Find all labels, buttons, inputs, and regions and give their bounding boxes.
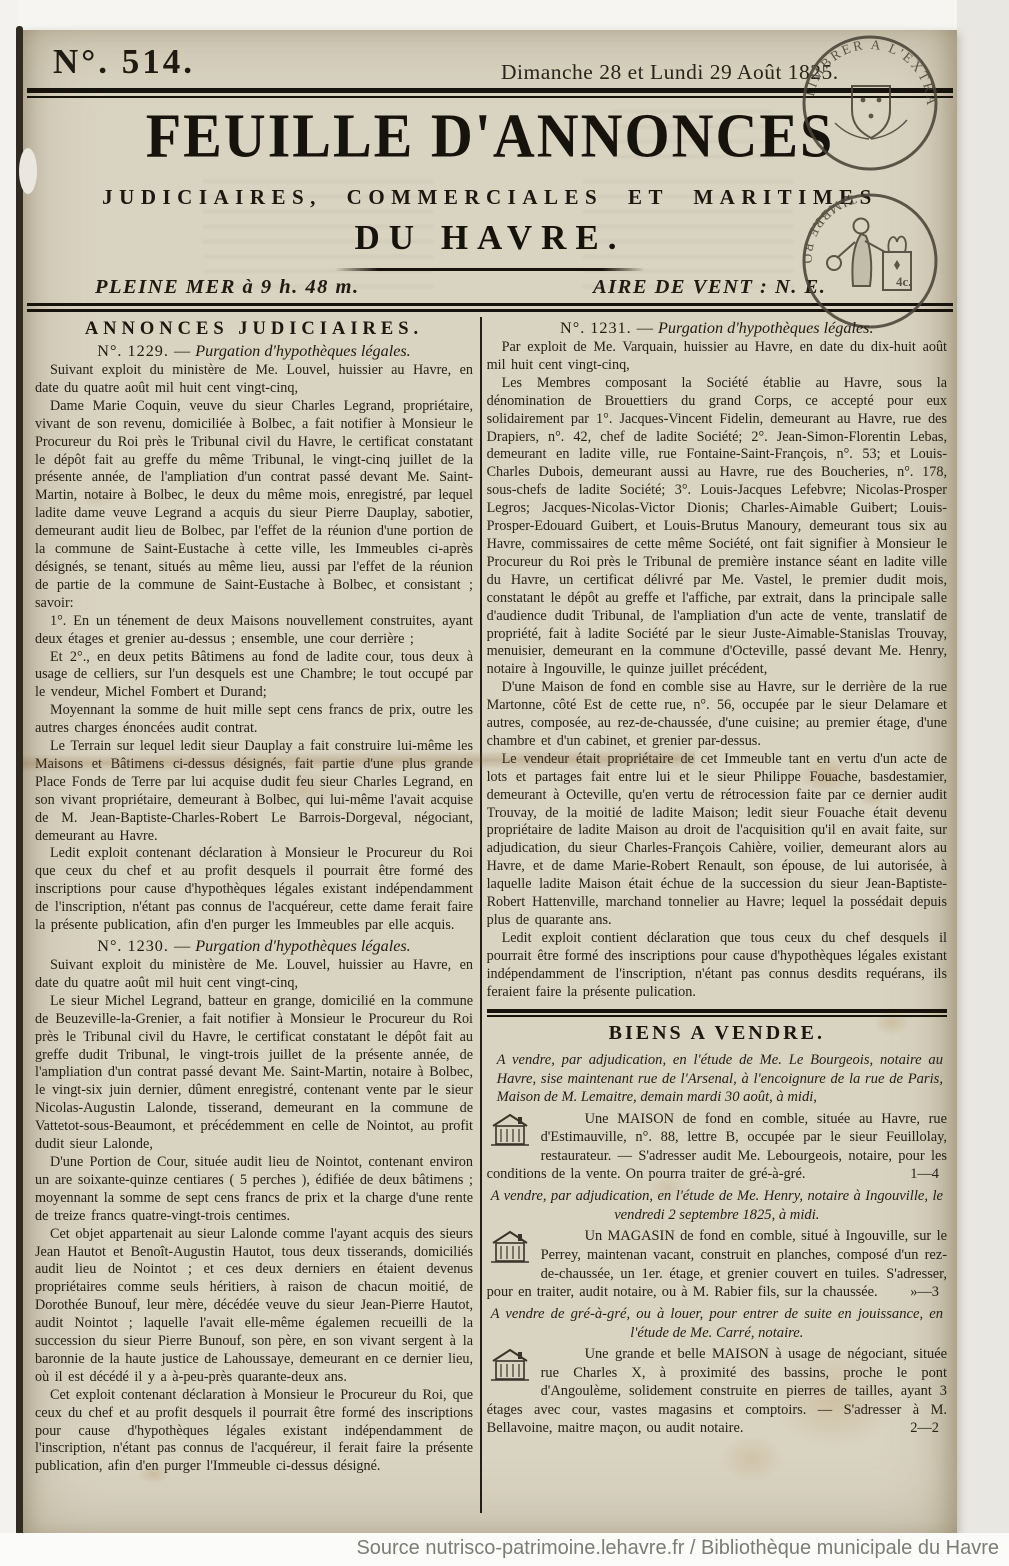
article-number: N°. 1231. — bbox=[560, 319, 654, 337]
paragraph: Cet exploit contenant déclaration à Mons… bbox=[35, 1387, 473, 1477]
paragraph: Ledit exploit contient déclaration que t… bbox=[487, 930, 947, 1002]
issue-number: N°. 514. bbox=[53, 42, 195, 82]
section-separator-rule bbox=[487, 1009, 947, 1018]
tide-info: PLEINE MER à 9 h. 48 m. bbox=[95, 276, 360, 299]
article-columns: ANNONCES JUDICIAIRES. N°. 1229. — Purgat… bbox=[35, 317, 947, 1513]
paragraph: D'une Portion de Cour, située audit lieu… bbox=[35, 1154, 473, 1226]
paragraph: Dame Marie Coquin, veuve du sieur Charle… bbox=[35, 398, 473, 613]
paragraph: Par exploit de Me. Varquain, huissier au… bbox=[487, 339, 947, 375]
tapered-rule bbox=[335, 268, 645, 271]
wind-info: AIRE DE VENT : N. E. bbox=[593, 276, 826, 299]
svg-text:TIMBRER A L'EXTRAORD.: TIMBRER A L'EXTRAORD. bbox=[795, 28, 939, 108]
article-title: Purgation d'hypothèques légales. bbox=[195, 937, 411, 955]
scan-background-right bbox=[957, 0, 1009, 1566]
paragraph: Ledit exploit contenant déclaration à Mo… bbox=[35, 845, 473, 935]
sale-notice-intro: A vendre, par adjudication, en l'étude d… bbox=[487, 1187, 947, 1224]
paragraph: Moyennant la somme de huit mille sept ce… bbox=[35, 702, 473, 738]
paragraph: 1°. En un ténement de deux Maisons nouve… bbox=[35, 613, 473, 649]
svg-text:4c.: 4c. bbox=[896, 274, 912, 289]
svg-text:TIMBRE ROYAL.: TIMBRE ROYAL. bbox=[795, 186, 858, 266]
paragraph: Suivant exploit du ministère de Me. Louv… bbox=[35, 957, 473, 993]
house-icon bbox=[487, 1347, 533, 1383]
stamp-figure-head bbox=[854, 219, 869, 234]
sale-notice-intro: A vendre, par adjudication, en l'étude d… bbox=[487, 1051, 947, 1107]
paragraph: D'une Maison de fond en comble sise au H… bbox=[487, 679, 947, 751]
article-number: N°. 1229. — bbox=[97, 342, 191, 360]
paragraph: Cet objet appartenait au sieur Lalonde c… bbox=[35, 1226, 473, 1387]
royal-stamp-icon: TIMBRE ROYAL. 4c. bbox=[795, 186, 945, 336]
paragraph: Le sieur Michel Legrand, batteur en gran… bbox=[35, 993, 473, 1154]
right-column: N°. 1231. — Purgation d'hypothèques léga… bbox=[487, 317, 947, 1513]
source-attribution-bar: Source nutrisco-patrimoine.lehavre.fr / … bbox=[0, 1533, 1009, 1566]
article-title: Purgation d'hypothèques légales. bbox=[658, 319, 874, 337]
stamp-lyre bbox=[888, 237, 906, 252]
paragraph: Et 2°., en deux petits Bâtimens au fond … bbox=[35, 649, 473, 703]
left-column: ANNONCES JUDICIAIRES. N°. 1229. — Purgat… bbox=[35, 317, 473, 1513]
biens-a-vendre-title: BIENS A VENDRE. bbox=[487, 1022, 947, 1045]
article-heading-1230: N°. 1230. — Purgation d'hypothèques léga… bbox=[35, 937, 473, 956]
article-number: N°. 1230. — bbox=[97, 937, 191, 955]
column-divider-rule bbox=[480, 317, 482, 1513]
paragraph: Suivant exploit du ministère de Me. Louv… bbox=[35, 362, 473, 398]
paragraph: Le vendeur était propriétaire de cet Imm… bbox=[487, 751, 947, 930]
section-title: ANNONCES JUDICIAIRES. bbox=[35, 319, 473, 340]
paragraph: Les Membres composant la Société établie… bbox=[487, 375, 947, 679]
article-heading-1231: N°. 1231. — Purgation d'hypothèques léga… bbox=[487, 319, 947, 338]
page-binding-edge bbox=[16, 26, 23, 1538]
article-heading-1229: N°. 1229. — Purgation d'hypothèques léga… bbox=[35, 342, 473, 361]
sale-notice-intro: A vendre de gré-à-gré, ou à louer, pour … bbox=[487, 1305, 947, 1342]
house-icon bbox=[487, 1229, 533, 1265]
house-icon bbox=[487, 1112, 533, 1148]
scan-background-top bbox=[0, 0, 1009, 30]
stamp-wreath bbox=[827, 256, 841, 270]
newspaper-page: N°. 514. Dimanche 28 et Lundi 29 Août 18… bbox=[23, 30, 957, 1534]
tax-stamp-icon: TIMBRER A L'EXTRAORD. bbox=[795, 28, 945, 178]
source-attribution: Source nutrisco-patrimoine.lehavre.fr / … bbox=[356, 1537, 999, 1560]
article-title: Purgation d'hypothèques légales. bbox=[195, 342, 411, 360]
paragraph: Le Terrain sur lequel ledit sieur Daupla… bbox=[35, 738, 473, 845]
